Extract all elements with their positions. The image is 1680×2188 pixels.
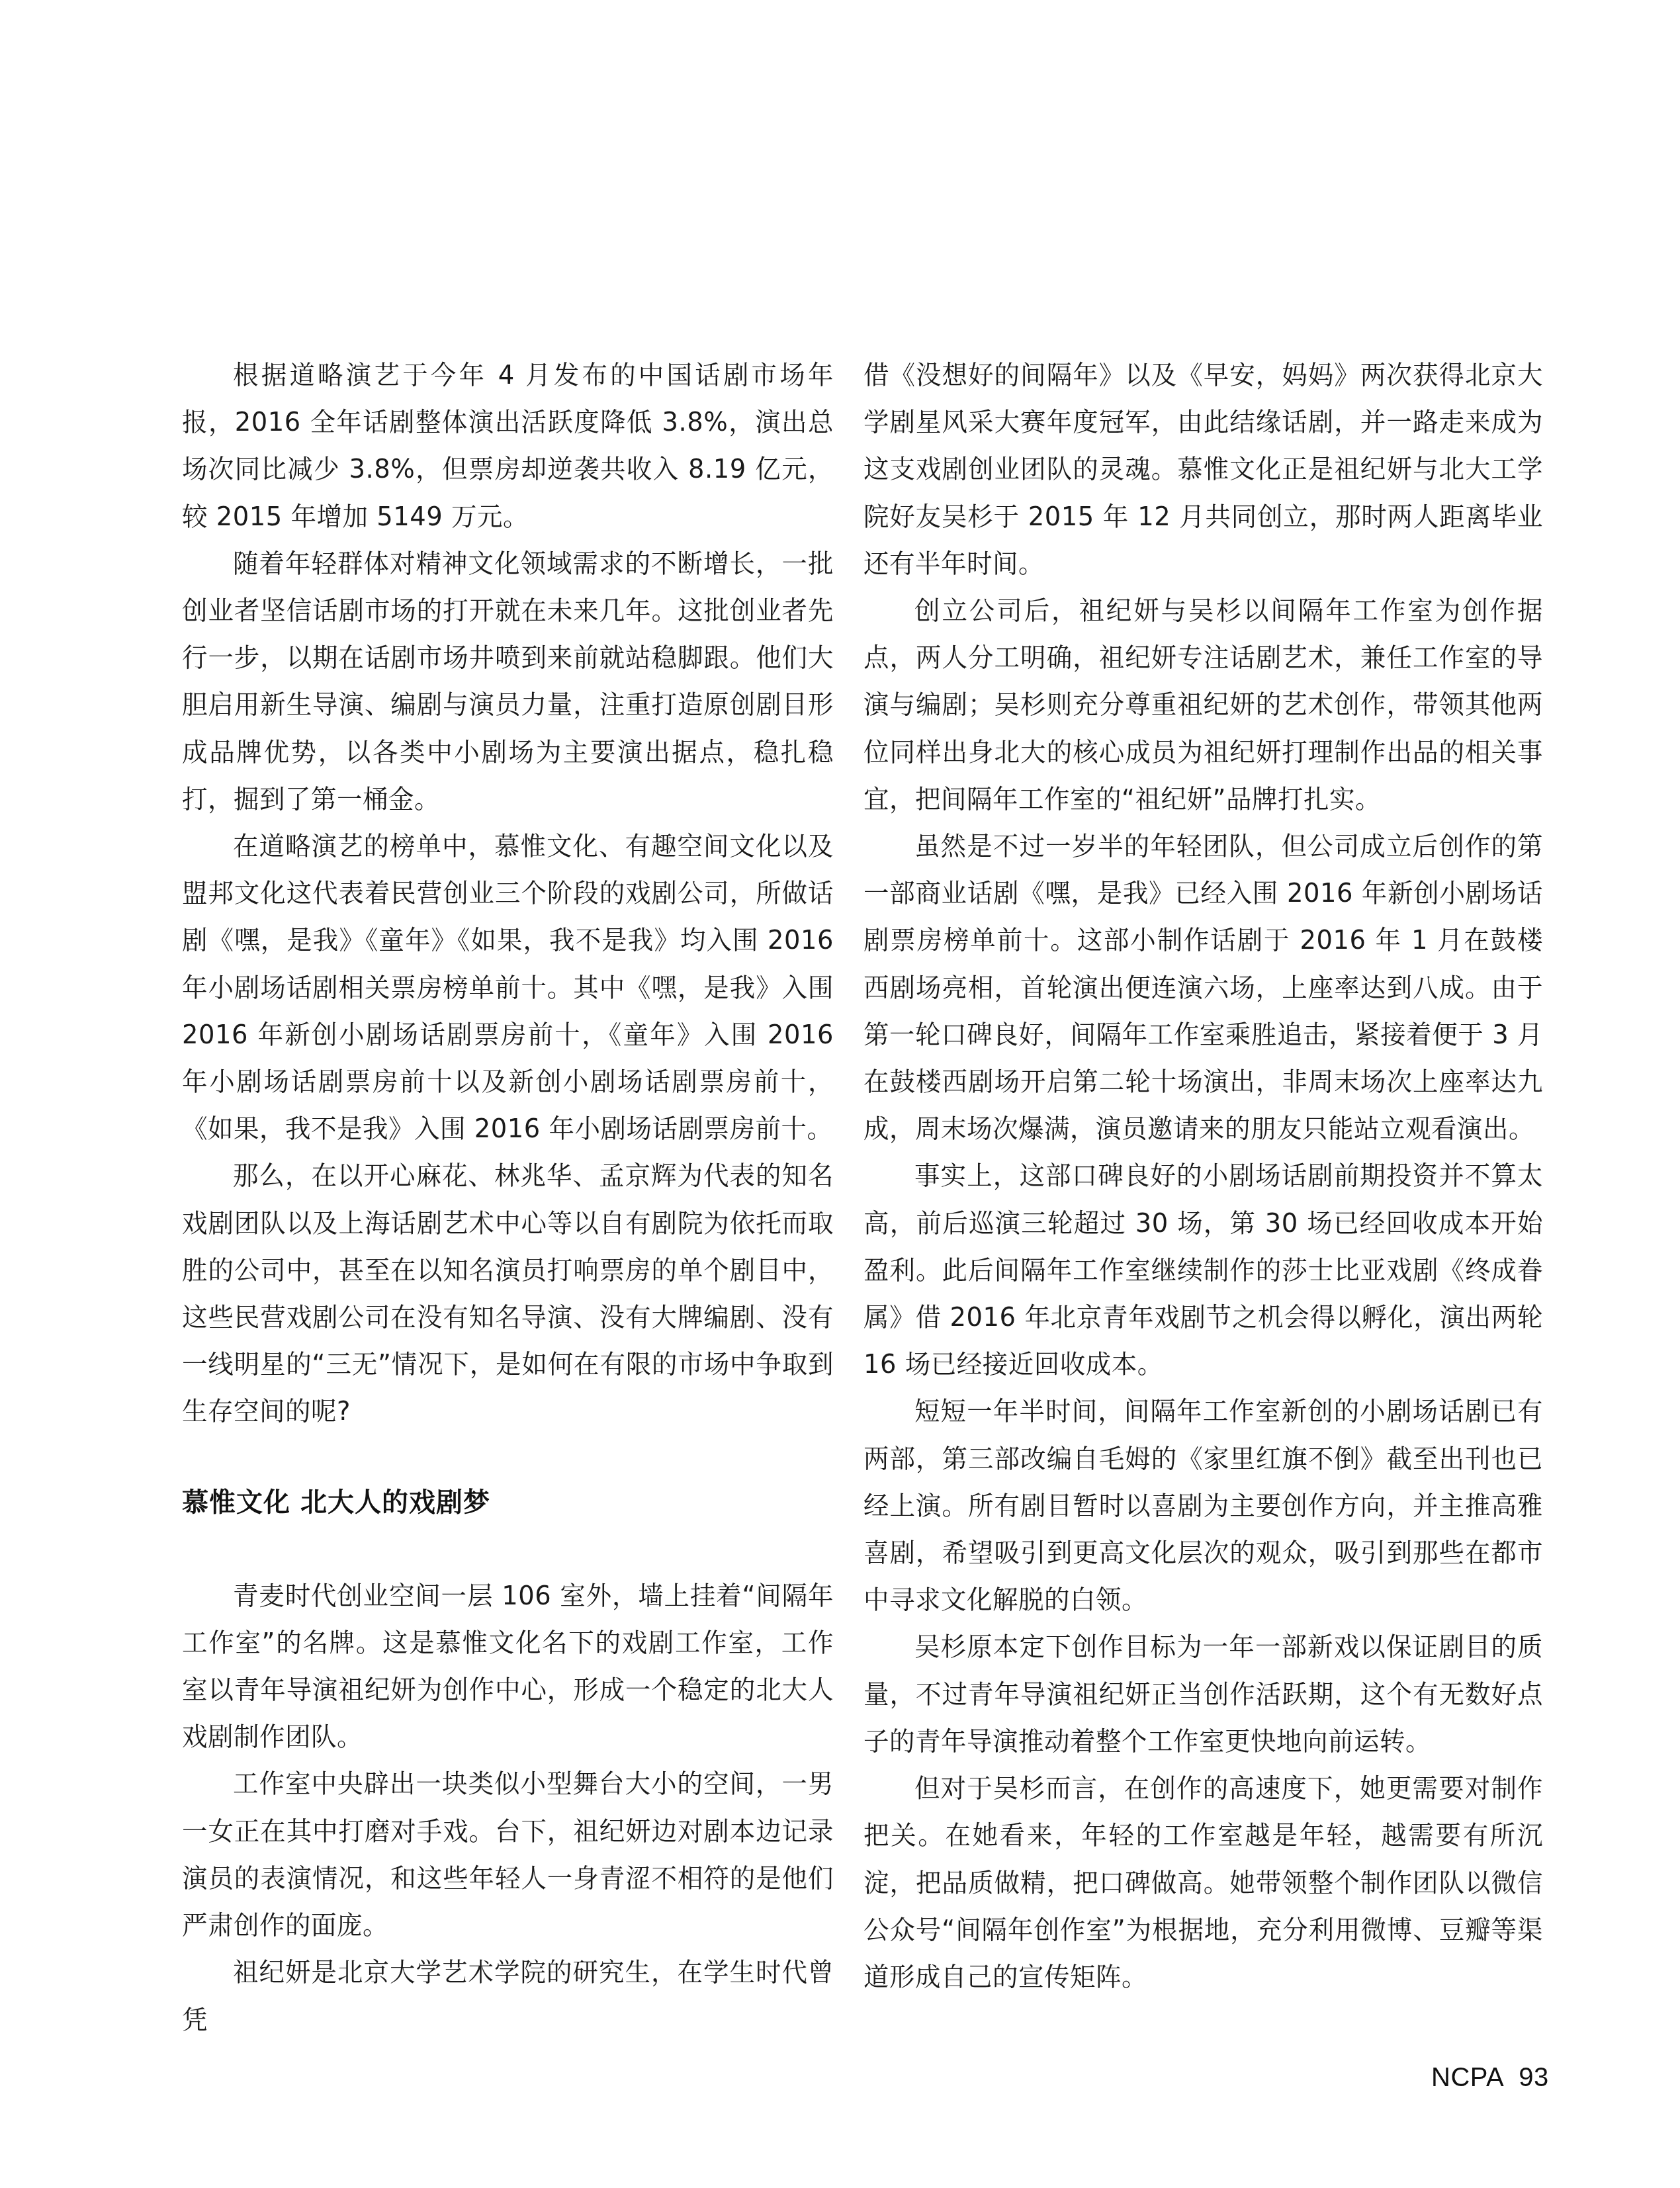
page-folio: NCPA93 <box>1431 2063 1549 2093</box>
article-left-column: 根据道略演艺于今年 4 月发布的中国话剧市场年报，2016 全年话剧整体演出活跃… <box>182 352 834 2044</box>
publication-name: NCPA <box>1431 2063 1504 2092</box>
page-number: 93 <box>1519 2063 1549 2092</box>
body-paragraph: 事实上，这部口碑良好的小剧场话剧前期投资并不算太高，前后巡演三轮超过 30 场，… <box>863 1153 1543 1388</box>
body-paragraph: 那么，在以开心麻花、林兆华、孟京辉为代表的知名戏剧团队以及上海话剧艺术中心等以自… <box>182 1153 834 1435</box>
body-paragraph: 短短一年半时间，间隔年工作室新创的小剧场话剧已有两部，第三部改编自毛姆的《家里红… <box>863 1388 1543 1624</box>
section-heading: 慕惟文化 北大人的戏剧梦 <box>182 1479 834 1526</box>
body-paragraph: 随着年轻群体对精神文化领域需求的不断增长，一批创业者坚信话剧市场的打开就在未来几… <box>182 541 834 823</box>
body-paragraph: 创立公司后，祖纪妍与吴杉以间隔年工作室为创作据点，两人分工明确，祖纪妍专注话剧艺… <box>863 588 1543 823</box>
body-paragraph: 但对于吴杉而言，在创作的高速度下，她更需要对制作把关。在她看来，年轻的工作室越是… <box>863 1765 1543 2001</box>
body-paragraph: 工作室中央辟出一块类似小型舞台大小的空间，一男一女正在其中打磨对手戏。台下，祖纪… <box>182 1761 834 1949</box>
body-paragraph: 虽然是不过一岁半的年轻团队，但公司成立后创作的第一部商业话剧《嘿，是我》已经入围… <box>863 823 1543 1153</box>
article-right-column: 借《没想好的间隔年》以及《早安，妈妈》两次获得北京大学剧星风采大赛年度冠军，由此… <box>863 352 1543 2001</box>
body-paragraph: 吴杉原本定下创作目标为一年一部新戏以保证剧目的质量，不过青年导演祖纪妍正当创作活… <box>863 1624 1543 1765</box>
body-paragraph: 青麦时代创业空间一层 106 室外，墙上挂着“间隔年工作室”的名牌。这是慕惟文化… <box>182 1573 834 1761</box>
body-paragraph: 祖纪妍是北京大学艺术学院的研究生，在学生时代曾凭 <box>182 1949 834 2043</box>
continued-paragraph: 借《没想好的间隔年》以及《早安，妈妈》两次获得北京大学剧星风采大赛年度冠军，由此… <box>863 352 1543 588</box>
body-paragraph: 在道略演艺的榜单中，慕惟文化、有趣空间文化以及盟邦文化这代表着民营创业三个阶段的… <box>182 823 834 1153</box>
body-paragraph: 根据道略演艺于今年 4 月发布的中国话剧市场年报，2016 全年话剧整体演出活跃… <box>182 352 834 541</box>
